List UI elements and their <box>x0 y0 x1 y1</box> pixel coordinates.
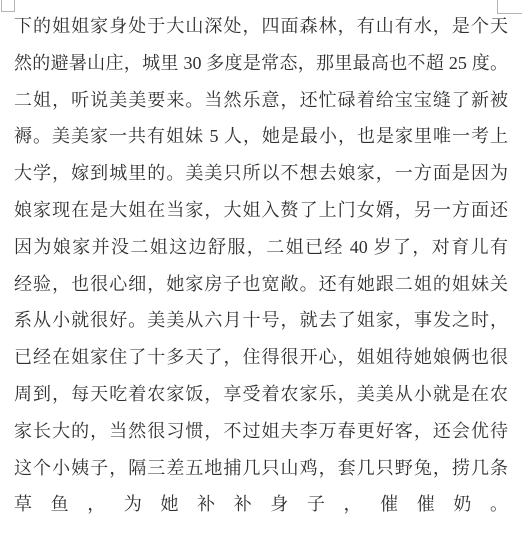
text-line: 大学，嫁到城里的。美美只所以不想去娘家，一方面是因为 <box>14 155 508 192</box>
page-margin-corner-mark-left <box>1 0 15 12</box>
text-line: 二姐，听说美美要来。当然乐意，还忙碌着给宝宝缝了新被 <box>14 82 508 119</box>
text-line: 下的姐姐家身处于大山深处，四面森林，有山有水，是个天 <box>14 8 508 45</box>
text-line: 草鱼，为她补补身子，催催奶。 <box>14 486 508 523</box>
text-line: 系从小就很好。美美从六月十号，就去了姐家，事发之时， <box>14 302 508 339</box>
text-line: 然的避暑山庄，城里 30 多度是常态，那里最高也不超 25 度。 <box>14 45 508 82</box>
text-line: 已经在姐家住了十多天了，住得很开心，姐姐待她娘俩也很 <box>14 339 508 376</box>
text-line: 因为娘家并没二姐这边舒服，二姐已经 40 岁了，对育儿有 <box>14 229 508 266</box>
text-line: 娘家现在是大姐在当家，大姐入赘了上门女婿，另一方面还 <box>14 192 508 229</box>
text-line: 周到，每天吃着农家饭，享受着农家乐，美美从小就是在农 <box>14 376 508 413</box>
text-line: 经验，也很心细，她家房子也宽敞。还有她跟二姐的姐妹关 <box>14 266 508 303</box>
document-page: 下的姐姐家身处于大山深处，四面森林，有山有水，是个天 然的避暑山庄，城里 30 … <box>0 0 522 552</box>
paragraph-text: 下的姐姐家身处于大山深处，四面森林，有山有水，是个天 然的避暑山庄，城里 30 … <box>14 8 508 523</box>
text-line: 这个小姨子，隔三差五地捕几只山鸡，套几只野兔，捞几条 <box>14 450 508 487</box>
text-line: 家长大的，当然很习惯，不过姐夫李万春更好客，还会优待 <box>14 413 508 450</box>
text-line: 褥。美美家一共有姐妹 5 人，她是最小，也是家里唯一考上 <box>14 118 508 155</box>
